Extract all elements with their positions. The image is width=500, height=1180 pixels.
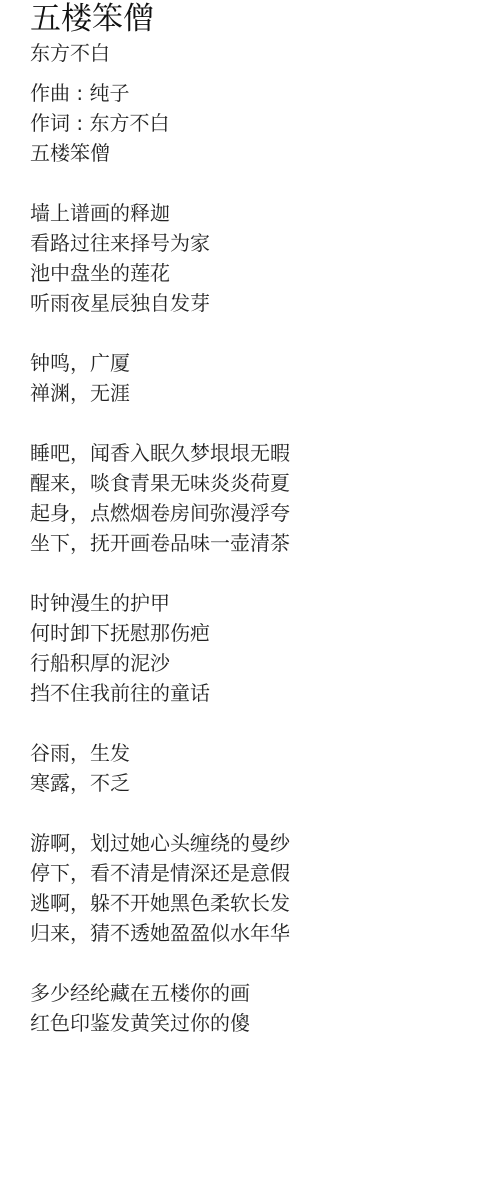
lyric-line: 寒露，不乏: [30, 768, 290, 798]
lyric-line: 红色印鉴发黄笑过你的傻: [30, 1008, 290, 1038]
lyric-line: 醒来，啖食青果无味炎炎荷夏: [30, 468, 290, 498]
lyrics-list: 作曲 : 纯子 作词 : 东方不白 五楼笨僧 墙上谱画的释迦 看路过往来择号为家…: [30, 78, 290, 1038]
song-artist: 东方不白: [30, 38, 110, 68]
lyric-blank-line: [30, 708, 290, 738]
lyric-line: 行船积厚的泥沙: [30, 648, 290, 678]
lyric-line: 池中盘坐的莲花: [30, 258, 290, 288]
lyric-line: 停下，看不清是情深还是意假: [30, 858, 290, 888]
lyric-blank-line: [30, 168, 290, 198]
lyric-blank-line: [30, 558, 290, 588]
lyric-line: 坐下，抚开画卷品味一壶清茶: [30, 528, 290, 558]
lyric-blank-line: [30, 798, 290, 828]
lyric-line: 游啊，划过她心头缠绕的曼纱: [30, 828, 290, 858]
lyric-line: 起身，点燃烟卷房间弥漫浮夸: [30, 498, 290, 528]
lyric-line: 归来，猜不透她盈盈似水年华: [30, 918, 290, 948]
lyric-line: 挡不住我前往的童话: [30, 678, 290, 708]
lyric-line: 何时卸下抚慰那伤疤: [30, 618, 290, 648]
lyric-line: 看路过往来择号为家: [30, 228, 290, 258]
lyric-line: 谷雨，生发: [30, 738, 290, 768]
lyric-line: 逃啊，躲不开她黑色柔软长发: [30, 888, 290, 918]
lyric-line: 时钟漫生的护甲: [30, 588, 290, 618]
lyric-line: 听雨夜星辰独自发芽: [30, 288, 290, 318]
lyric-line: 作曲 : 纯子: [30, 78, 290, 108]
lyric-line: 作词 : 东方不白: [30, 108, 290, 138]
lyric-line: 钟鸣，广厦: [30, 348, 290, 378]
lyric-line: 禅渊，无涯: [30, 378, 290, 408]
lyric-blank-line: [30, 948, 290, 978]
lyric-line: 墙上谱画的释迦: [30, 198, 290, 228]
song-title: 五楼笨僧: [30, 0, 154, 38]
lyric-blank-line: [30, 408, 290, 438]
lyric-line: 五楼笨僧: [30, 138, 290, 168]
lyric-blank-line: [30, 318, 290, 348]
lyric-line: 睡吧，闻香入眠久梦垠垠无暇: [30, 438, 290, 468]
lyric-line: 多少经纶藏在五楼你的画: [30, 978, 290, 1008]
